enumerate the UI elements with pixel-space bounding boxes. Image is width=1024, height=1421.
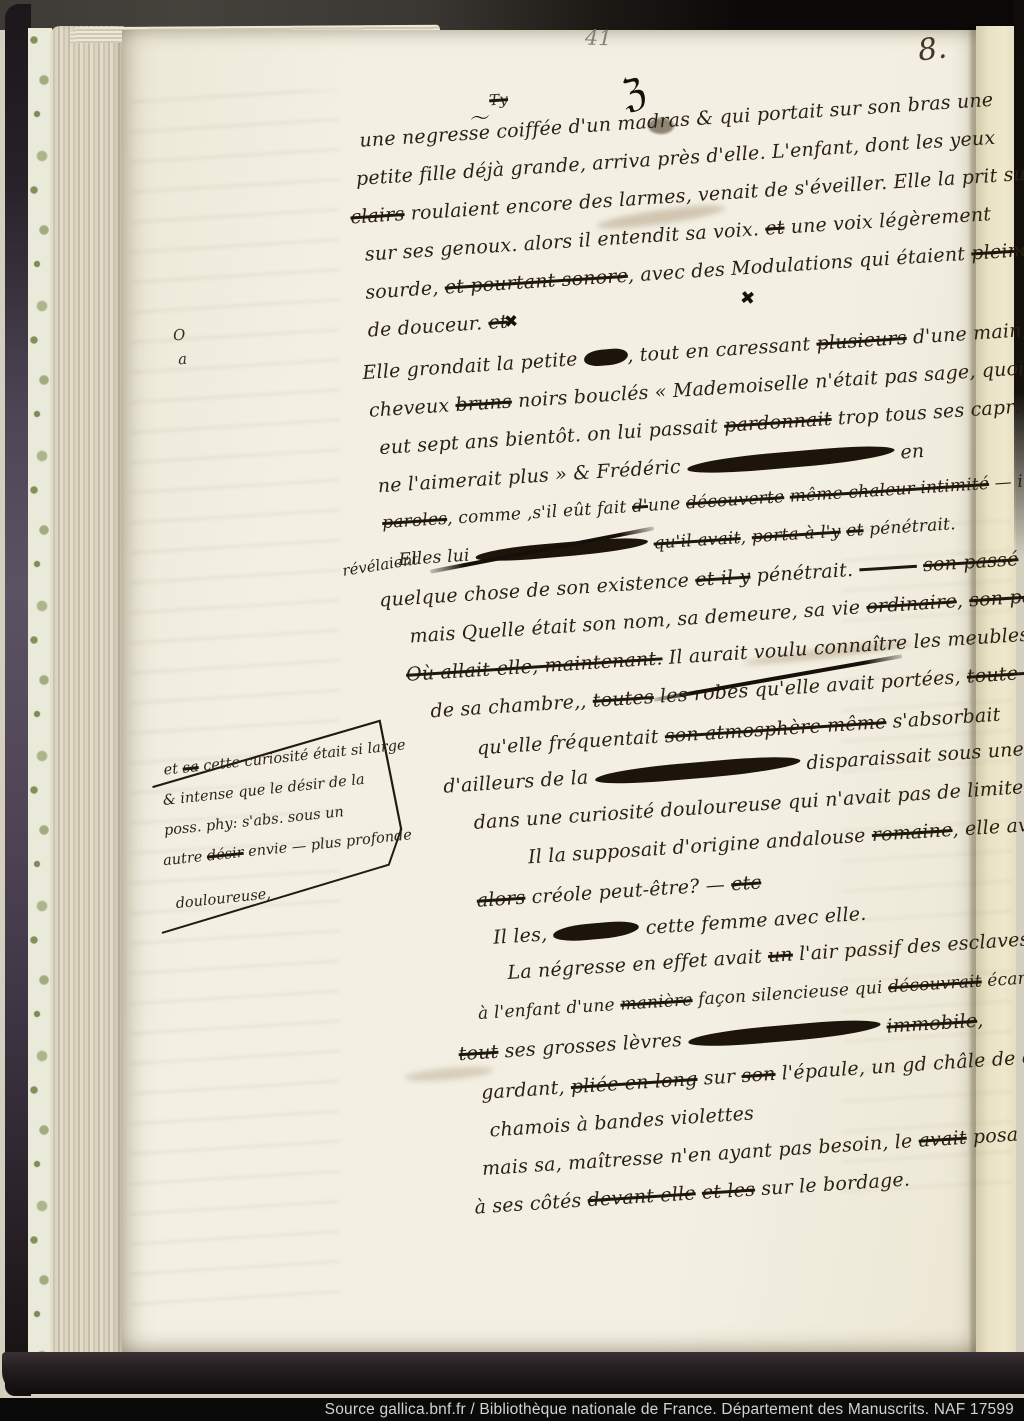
manuscript-line: de douceur. et bbox=[367, 312, 508, 343]
marbled-endpaper bbox=[28, 28, 52, 1358]
source-caption-text: Source gallica.bnf.fr / Bibliothèque nat… bbox=[325, 1401, 1014, 1419]
source-caption-bar: Source gallica.bnf.fr / Bibliothèque nat… bbox=[0, 1398, 1024, 1421]
folio-number-pencil: 41 bbox=[585, 26, 613, 51]
manuscript-line: chamois à bandes violettes bbox=[489, 1103, 755, 1142]
binding-bottom-edge bbox=[2, 1352, 1024, 1394]
spine-ink-mark: a bbox=[177, 350, 187, 369]
ink-blot: 〜 bbox=[469, 107, 492, 130]
margin-note: et sa cette curiosité était si large& in… bbox=[140, 708, 435, 965]
manuscript-line: Ty bbox=[489, 91, 509, 109]
folio-number-ink: 8. bbox=[916, 30, 949, 68]
ink-blot: ✖ bbox=[739, 289, 756, 308]
book-scan: 41 8. Oa Tyune negresse coiffée d'un mad… bbox=[0, 0, 1024, 1421]
page-stack-edges bbox=[50, 26, 124, 1364]
manuscript-line: alors créole peut-être? — etc bbox=[476, 872, 762, 912]
ink-blot: ✖ bbox=[503, 314, 518, 332]
binding-top-edge bbox=[0, 0, 1024, 30]
manuscript-text: Tyune negresse coiffée d'un madras & qui… bbox=[340, 73, 1024, 1295]
spine-ink-mark: O bbox=[172, 325, 186, 344]
